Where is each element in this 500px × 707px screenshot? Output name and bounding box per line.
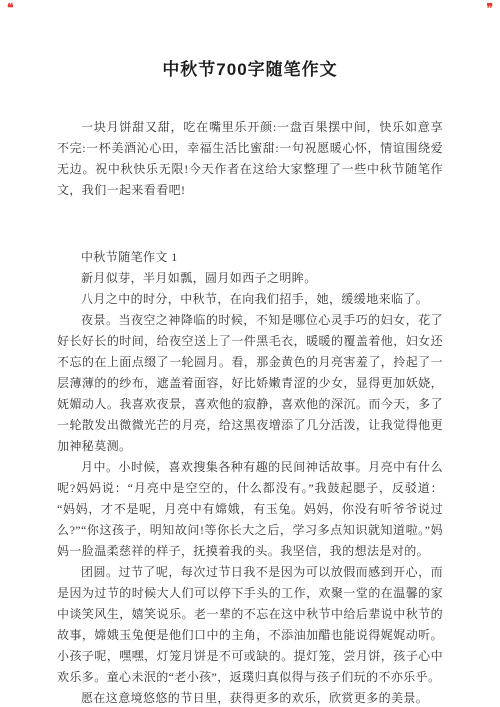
paragraph: 月中。小时候，喜欢搜集各种有趣的民间神话故事。月亮中有什么呢?妈妈说：“月亮中是… [57, 457, 443, 562]
page-title: 中秋节700字随笔作文 [57, 55, 443, 80]
paragraph: 团圆。过节了呢，每次过节日我不是因为可以放假而感到开心，而是因为过节的时候大人们… [57, 562, 443, 688]
paragraph-closing: 愿在这意境悠悠的节日里，获得更多的欢乐，欣赏更多的美景。 [57, 688, 443, 707]
paragraph-intro: 一块月饼甜又甜，吃在嘴里乐开颜:一盘百果摆中间，快乐如意享不完:一杯美酒沁心田，… [57, 117, 443, 201]
essay-content: 一块月饼甜又甜，吃在嘴里乐开颜:一盘百果摆中间，快乐如意享不完:一杯美酒沁心田，… [57, 117, 443, 707]
corner-quote-left-icon: ❝ [7, 2, 13, 14]
section-heading: 中秋节随笔作文 1 [57, 247, 443, 268]
paragraph: 八月之中的时分，中秋节，在向我们招手，她，缓缓地来临了。 [57, 289, 443, 310]
corner-quote-right-icon: ❞ [487, 2, 493, 14]
document-page: ❝ ❞ 中秋节700字随笔作文 一块月饼甜又甜，吃在嘴里乐开颜:一盘百果摆中间，… [0, 0, 500, 707]
paragraph: 夜景。当夜空之神降临的时候，不知是哪位心灵手巧的妇女，花了好长好长的时间，给夜空… [57, 310, 443, 457]
paragraph: 新月似芽，半月如瓢，圆月如西子之明眸。 [57, 268, 443, 289]
